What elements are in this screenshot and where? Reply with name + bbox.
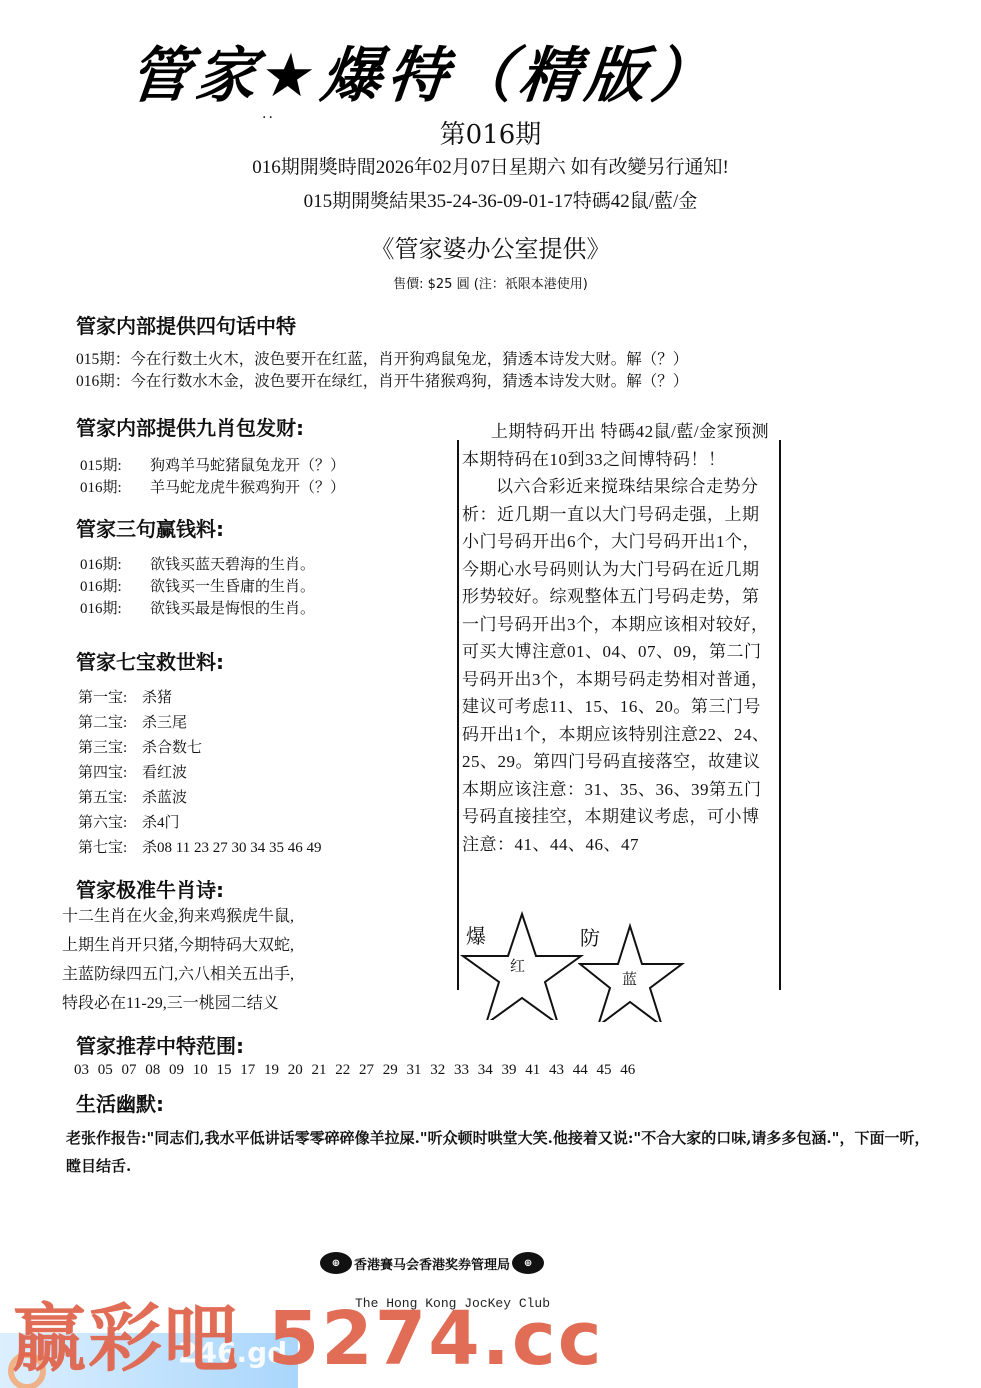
recommend-numbers: 03 05 07 08 09 10 15 17 19 20 21 22 27 2… <box>74 1062 635 1079</box>
hkjc-emblem-icon: ⊕ <box>320 1252 352 1274</box>
poem-line: 十二生肖在火金,狗来鸡猴虎牛鼠, <box>62 902 294 931</box>
last-result: 015期開獎結果35-24-36-09-01-17特碼42鼠/藍/金 <box>0 186 981 213</box>
nine-zodiac-heading: 管家内部提供九肖包发财: <box>76 412 304 441</box>
seven-treasures-list: 第一宝:杀猪 第二宝:杀三尾 第三宝:杀合数七 第四宝:看红波 第五宝:杀蓝波 … <box>78 686 321 861</box>
analysis-text: 上期特码开出 特碼42鼠/藍/金家预测本期特码在10到33之间博特码！！ 以六合… <box>462 418 772 858</box>
four-lines-row: 016期：今在行数水木金，波色要开在绿红，肖开牛猪猴鸡狗，猜透本诗发大财。解（？… <box>76 371 688 393</box>
treasure-row: 第三宝:杀合数七 <box>78 736 321 761</box>
poem-line: 特段必在11-29,三一桃园二结义 <box>62 989 294 1018</box>
three-lines-row: 016期:欲钱买最是悔恨的生肖。 <box>80 598 315 620</box>
humor-heading: 生活幽默: <box>76 1088 164 1117</box>
treasure-row: 第五宝:杀蓝波 <box>78 786 321 811</box>
red-watermark-text: 赢彩吧 5274.cc <box>12 1280 604 1386</box>
draw-time: 016期開獎時間2026年02月07日星期六 如有改變另行通知! <box>0 152 981 179</box>
row-label: 第五宝: <box>78 786 142 811</box>
four-lines-row: 015期：今在行数土火木，波色要开在红蓝，肖开狗鸡鼠兔龙，猜透本诗发大财。解（？… <box>76 349 688 371</box>
row-label: 016期: <box>80 477 150 499</box>
document-title: 管家★爆特（精版） <box>125 28 834 118</box>
row-value: 狗鸡羊马蛇猪鼠兔龙开（？） <box>150 458 345 474</box>
poem-lines: 十二生肖在火金,狗来鸡猴虎牛鼠, 上期生肖开只猪,今期特码大双蛇, 主蓝防绿四五… <box>62 902 294 1018</box>
row-label: 015期: <box>80 455 150 477</box>
row-value: 杀蓝波 <box>142 790 187 806</box>
recommend-heading: 管家推荐中特范围: <box>76 1030 244 1059</box>
row-value: 杀合数七 <box>142 740 202 756</box>
row-value: 杀猪 <box>142 690 172 706</box>
row-value: 欲钱买一生昏庸的生肖。 <box>150 579 315 595</box>
row-label: 016期: <box>80 554 150 576</box>
treasure-row: 第七宝:杀08 11 23 27 30 34 35 46 49 <box>78 836 321 861</box>
row-label: 第三宝: <box>78 736 142 761</box>
poem-heading: 管家极准牛肖诗: <box>76 874 224 903</box>
poem-line: 主蓝防绿四五门,六八相关五出手, <box>62 960 294 989</box>
treasure-row: 第六宝:杀4门 <box>78 811 321 836</box>
blue-star-label: 蓝 <box>622 968 637 989</box>
three-lines-row: 016期:欲钱买蓝天碧海的生肖。 <box>80 554 315 576</box>
nine-zodiac-row: 015期:狗鸡羊马蛇猪鼠兔龙开（？） <box>80 455 345 477</box>
analysis-paragraph: 以六合彩近来搅珠结果综合走势分析：近几期一直以大门号码走强，上期小门号码开出6个… <box>462 473 772 858</box>
provider: 《管家婆办公室提供》 <box>0 229 981 264</box>
hkjc-logo-row: ⊕ 香港賽马会香港奖券管理局 ⊕ <box>320 1252 544 1274</box>
row-label: 016期: <box>80 576 150 598</box>
row-value: 杀三尾 <box>142 715 187 731</box>
four-lines-heading: 管家内部提供四句话中特 <box>76 310 296 339</box>
row-value: 看红波 <box>142 765 187 781</box>
three-lines-list: 016期:欲钱买蓝天碧海的生肖。 016期:欲钱买一生昏庸的生肖。 016期:欲… <box>80 554 315 620</box>
issue-number: 第016期 <box>0 114 981 151</box>
poem-line: 上期生肖开只猪,今期特码大双蛇, <box>62 931 294 960</box>
row-value: 杀08 11 23 27 30 34 35 46 49 <box>142 840 321 856</box>
nine-zodiac-list: 015期:狗鸡羊马蛇猪鼠兔龙开（？） 016期:羊马蛇龙虎牛猴鸡狗开（？） <box>80 455 345 499</box>
treasure-row: 第一宝:杀猪 <box>78 686 321 711</box>
row-label: 第一宝: <box>78 686 142 711</box>
row-value: 杀4门 <box>142 815 180 831</box>
row-label: 第六宝: <box>78 811 142 836</box>
treasure-row: 第四宝:看红波 <box>78 761 321 786</box>
analysis-paragraph: 上期特码开出 特碼42鼠/藍/金家预测本期特码在10到33之间博特码！！ <box>462 418 772 473</box>
treasure-row: 第二宝:杀三尾 <box>78 711 321 736</box>
row-value: 欲钱买最是悔恨的生肖。 <box>150 601 315 617</box>
price-note: 售價: $25 圓 (注：祇限本港使用) <box>0 273 981 292</box>
hkjc-name-cn: 香港賽马会香港奖券管理局 <box>354 1254 510 1273</box>
row-value: 羊马蛇龙虎牛猴鸡狗开（？） <box>150 480 345 496</box>
red-star-label: 红 <box>510 955 525 976</box>
nine-zodiac-row: 016期:羊马蛇龙虎牛猴鸡狗开（？） <box>80 477 345 499</box>
hkjc-emblem-icon: ⊕ <box>512 1252 544 1274</box>
row-label: 第七宝: <box>78 836 142 861</box>
three-lines-heading: 管家三句赢钱料: <box>76 513 224 542</box>
four-lines-list: 015期：今在行数土火木，波色要开在红蓝，肖开狗鸡鼠兔龙，猜透本诗发大财。解（？… <box>76 349 688 393</box>
seven-treasures-heading: 管家七宝救世料: <box>76 646 224 675</box>
three-lines-row: 016期:欲钱买一生昏庸的生肖。 <box>80 576 315 598</box>
row-value: 欲钱买蓝天碧海的生肖。 <box>150 557 315 573</box>
row-label: 016期: <box>80 598 150 620</box>
humor-text: 老张作报告:"同志们,我水平低讲话零零碎碎像羊拉屎."听众顿时哄堂大笑.他接着又… <box>66 1124 936 1180</box>
row-label: 第二宝: <box>78 711 142 736</box>
row-label: 第四宝: <box>78 761 142 786</box>
